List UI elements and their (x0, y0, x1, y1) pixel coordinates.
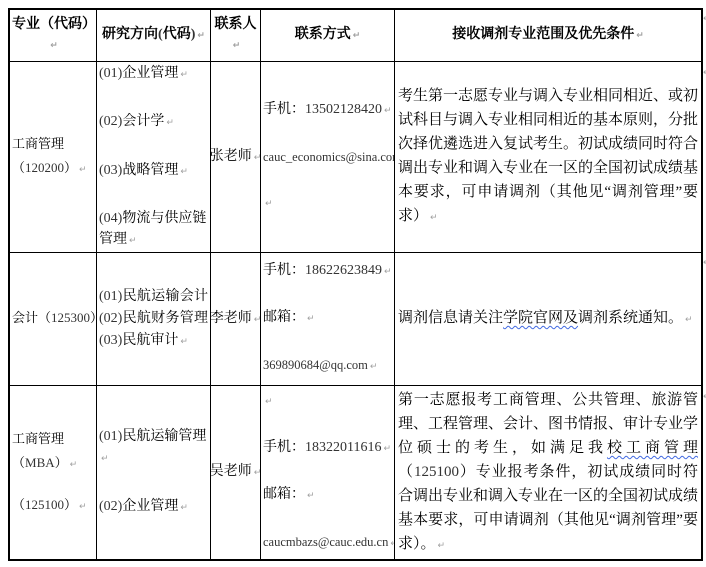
text-run: (01) (99, 429, 122, 444)
paragraph-mark-icon: ↵ (636, 31, 644, 41)
text-paragraph: (04)物流与供应链管理↵ (99, 208, 208, 251)
text-run: 120200 (25, 160, 64, 175)
text-paragraph: caucmbazs@cauc.edu.cn↵ (263, 532, 392, 554)
cell-contact-info-li: 手机：18622623849↵邮箱：↵369890684@qq.com↵ (261, 253, 395, 386)
text-run: (03) (99, 333, 122, 348)
text-run: 民航审计 (122, 333, 178, 348)
text-run: 战略管理 (122, 163, 178, 178)
cell-contact-wu: 吴老师↵ (211, 386, 261, 559)
text-run: ） (55, 455, 68, 470)
text-run: 民航财务管理 (122, 311, 208, 326)
text-run: 手机： (263, 440, 305, 455)
text-paragraph: (02)企业管理↵ (99, 496, 208, 519)
text-run: 考生第一志愿专业与调入专业相同相近、或初试科目与调入专业相同相近的基本原则，分批… (398, 88, 698, 224)
paragraph-mark-icon: ↵ (254, 153, 261, 163)
text-run: 会计（ (12, 310, 51, 325)
cell-contact-info-wu: ↵手机：18322011616↵邮箱：↵caucmbazs@cauc.edu.c… (261, 386, 395, 559)
text-run: （ (12, 497, 25, 512)
text-run: cauc_economics@sina.com (263, 150, 395, 164)
text-run: ) (191, 27, 196, 42)
text-run: （ (398, 464, 414, 480)
header-major-code: 专业（代码）↵ (10, 10, 97, 62)
text-run: ） (64, 497, 77, 512)
text-paragraph: 手机：18622623849↵ (263, 261, 392, 282)
text-paragraph: 邮箱：↵ (263, 308, 392, 329)
text-paragraph: 考生第一志愿专业与调入专业相同相近、或初试科目与调入专业相同相近的基本原则，分批… (398, 84, 698, 230)
paragraph-mark-icon: ↵ (180, 167, 188, 177)
text-run: 调剂系统通知。 (578, 310, 683, 326)
paragraph-mark-icon: ↵ (307, 491, 315, 501)
text-paragraph: (01)企业管理↵ (99, 63, 208, 85)
paragraph-mark-icon: ↵ (101, 454, 109, 464)
paragraph-mark-icon: ↵ (129, 236, 137, 246)
text-paragraph: 工商管理 (12, 132, 94, 156)
text-run: 调剂信息请关注 (398, 310, 503, 326)
text-paragraph: 联系人↵ (213, 15, 258, 56)
header-contact-person: 联系人↵ (211, 10, 261, 62)
text-run: 研究方向 (102, 27, 158, 42)
header-research-directions: 研究方向(代码)↵ (97, 10, 211, 62)
paragraph-mark-icon: ↵ (384, 106, 392, 116)
text-run: 民航运输会计 (122, 289, 208, 304)
paragraph-mark-icon: ↵ (180, 503, 188, 513)
text-paragraph: 接收调剂专业范围及优先条件↵ (452, 25, 644, 46)
cell-directions-accounting: (01)民航运输会计(02)民航财务管理(03)民航审计↵ (97, 253, 211, 386)
cell-contact-zhang: 张老师↵ (211, 62, 261, 253)
text-paragraph: cauc_economics@sina.com (263, 147, 392, 167)
text-paragraph: (02)会计学↵ (99, 111, 208, 133)
text-run: 手机： (263, 102, 305, 117)
text-paragraph: (01)民航运输管理↵ (99, 426, 208, 470)
text-paragraph: 369890684@qq.com↵ (263, 355, 392, 377)
text-run: 18322011616 (305, 440, 381, 455)
word-document-page: { "colors": { "border": "#000000", "text… (0, 0, 706, 567)
paragraph-mark-icon: ↵ (353, 31, 361, 41)
text-paragraph: （MBA）↵ (12, 451, 94, 477)
spellcheck-flagged-text: 校工商管理 (607, 440, 698, 456)
text-run: 张老师 (211, 149, 252, 164)
text-run: 369890684@qq.com (263, 358, 368, 372)
text-paragraph: (02)民航财务管理 (99, 308, 208, 329)
paragraph-mark-icon: ↵ (384, 267, 392, 277)
paragraph-mark-icon: ↵ (166, 118, 174, 128)
text-run: MBA (25, 455, 55, 470)
text-paragraph: 专业（代码）↵ (12, 15, 94, 56)
text-run: 邮箱： (263, 310, 305, 325)
text-run: 代码 (163, 27, 191, 42)
text-paragraph: 研究方向(代码)↵ (102, 25, 205, 46)
text-run: 125100 (25, 497, 64, 512)
text-paragraph: 第一志愿报考工商管理、公共管理、旅游管理、工程管理、会计、图书情报、审计专业学位… (398, 388, 698, 557)
text-run: （ (12, 455, 25, 470)
text-run: (02) (99, 499, 122, 514)
paragraph-mark-icon: ↵ (180, 70, 188, 80)
text-run: 工商管理 (12, 136, 64, 151)
adjustment-info-table: 专业（代码）↵ 研究方向(代码)↵ 联系人↵ 联系方式↵ 接收调剂专业范围及优先… (8, 8, 703, 561)
text-run: (01) (99, 66, 122, 81)
text-run: (03) (99, 163, 122, 178)
text-run: ） (90, 310, 97, 325)
text-paragraph: （120200）↵ (12, 156, 94, 182)
text-paragraph: 张老师↵ (211, 147, 261, 168)
text-paragraph: 手机：13502128420↵ (263, 100, 392, 121)
paragraph-mark-icon: ↵ (254, 315, 261, 325)
paragraph-mark-icon: ↵ (50, 41, 58, 51)
text-paragraph: ↵ (263, 193, 392, 214)
text-run: 18622623849 (305, 263, 382, 278)
text-run: 企业管理 (122, 66, 178, 81)
text-paragraph: ↵ (263, 391, 392, 412)
text-run: 会计学 (122, 114, 164, 129)
paragraph-mark-icon: ↵ (233, 41, 241, 51)
text-paragraph: (01)民航运输会计 (99, 286, 208, 307)
paragraph-mark-icon: ↵ (180, 337, 188, 347)
text-paragraph: 吴老师↵ (211, 462, 261, 483)
text-run: (04) (99, 211, 122, 226)
text-paragraph: 邮箱：↵ (263, 485, 392, 506)
paragraph-mark-icon: ↵ (265, 199, 273, 209)
text-run: 李老师 (211, 311, 252, 326)
text-run: 工商管理 (12, 431, 64, 446)
cell-conditions-mba: 第一志愿报考工商管理、公共管理、旅游管理、工程管理、会计、图书情报、审计专业学位… (395, 386, 701, 559)
text-paragraph: (03)战略管理↵ (99, 160, 208, 182)
text-paragraph: 调剂信息请关注学院官网及调剂系统通知。↵ (398, 306, 698, 332)
text-run: 手机： (263, 263, 305, 278)
text-paragraph: 工商管理 (12, 427, 94, 451)
text-run: 民航运输管理 (122, 429, 206, 444)
text-paragraph: 会计（125300）↵ (12, 306, 94, 332)
text-run: (02) (99, 114, 122, 129)
cell-directions-business-administration: (01)企业管理↵(02)会计学↵(03)战略管理↵(04)物流与供应链管理↵ (97, 62, 211, 253)
header-adjustment-scope: 接收调剂专业范围及优先条件↵ (395, 10, 701, 62)
text-paragraph: 李老师↵ (211, 309, 261, 330)
header-contact-method: 联系方式↵ (261, 10, 395, 62)
paragraph-mark-icon: ↵ (79, 502, 87, 512)
cell-conditions-business-administration: 考生第一志愿专业与调入专业相同相近、或初试科目与调入专业相同相近的基本原则，分批… (395, 62, 701, 253)
text-run: （ (12, 160, 25, 175)
spellcheck-flagged-text: 学院官网及 (503, 310, 578, 326)
text-paragraph: 联系方式↵ (295, 25, 361, 46)
paragraph-mark-icon: ↵ (383, 444, 391, 454)
text-run: 接收调剂专业范围及优先条件 (452, 27, 634, 42)
paragraph-mark-icon: ↵ (254, 468, 261, 478)
text-run: 企业管理 (122, 499, 178, 514)
text-paragraph: （125100）↵ (12, 493, 94, 519)
text-run: 联系人 (215, 17, 257, 32)
text-run: 吴老师 (211, 464, 252, 479)
paragraph-mark-icon: ↵ (70, 460, 78, 470)
text-run: ） (64, 160, 77, 175)
text-run: 125300 (51, 310, 90, 325)
text-paragraph: (03)民航审计↵ (99, 330, 208, 353)
text-run: (01) (99, 289, 122, 304)
cell-conditions-accounting: 调剂信息请关注学院官网及调剂系统通知。↵ (395, 253, 701, 386)
paragraph-mark-icon: ↵ (370, 362, 378, 372)
paragraph-mark-icon: ↵ (685, 315, 693, 325)
text-run: 125100 (414, 464, 459, 480)
cell-contact-li: 李老师↵ (211, 253, 261, 386)
paragraph-mark-icon: ↵ (79, 165, 87, 175)
paragraph-mark-icon: ↵ (438, 541, 446, 551)
cell-major-accounting: 会计（125300）↵ (10, 253, 97, 386)
cell-major-business-administration: 工商管理（120200）↵ (10, 62, 97, 253)
text-paragraph: 手机：18322011616↵ (263, 438, 392, 459)
text-run: 联系方式 (295, 27, 351, 42)
text-run: caucmbazs@cauc.edu.cn (263, 535, 388, 549)
text-run: (02) (99, 311, 122, 326)
text-run: 专业（代码） (12, 17, 96, 32)
paragraph-mark-icon: ↵ (197, 31, 205, 41)
paragraph-mark-icon: ↵ (265, 397, 273, 407)
paragraph-mark-icon: ↵ (430, 213, 438, 223)
text-run: 13502128420 (305, 102, 382, 117)
cell-contact-info-zhang: 手机：13502128420↵cauc_economics@sina.com↵ (261, 62, 395, 253)
cell-major-mba: 工商管理（MBA）↵（125100）↵ (10, 386, 97, 559)
text-run: 邮箱： (263, 487, 305, 502)
cell-directions-mba: (01)民航运输管理↵(02)企业管理↵ (97, 386, 211, 559)
paragraph-mark-icon: ↵ (307, 314, 315, 324)
